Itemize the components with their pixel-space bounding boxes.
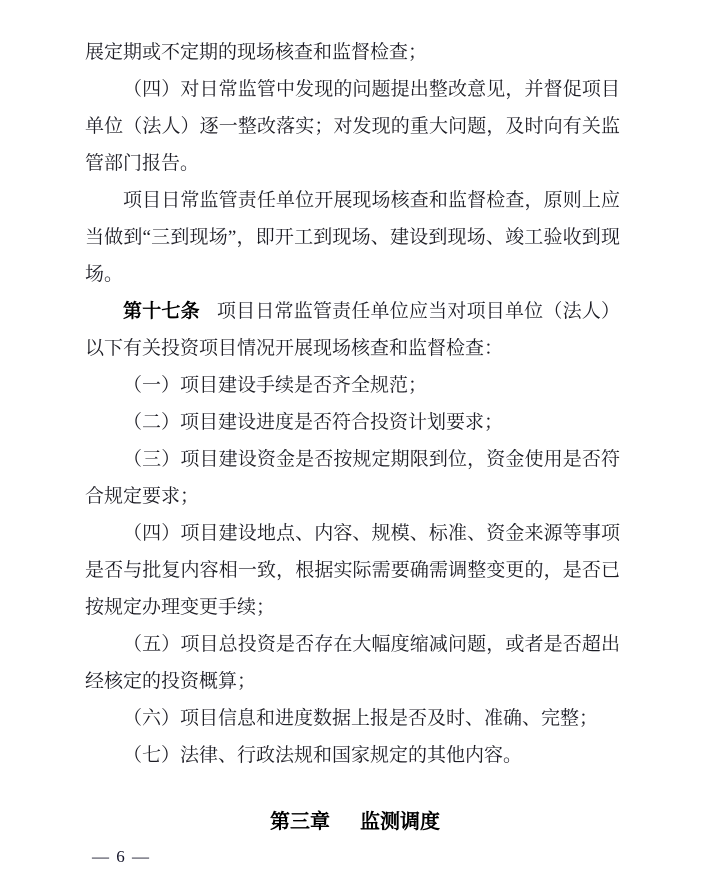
- text-line: （四）项目建设地点、内容、规模、标准、资金来源等事项: [85, 515, 620, 552]
- article-text: 项目日常监管责任单位应当对项目单位（法人）: [217, 301, 620, 322]
- text-line: 单位（法人）逐一整改落实；对发现的重大问题，及时向有关监: [85, 108, 620, 145]
- text-line: （七）法律、行政法规和国家规定的其他内容。: [85, 737, 620, 774]
- text-line: 经核定的投资概算；: [85, 663, 620, 700]
- chapter-title: 监测调度: [360, 811, 440, 833]
- text-line: 第十七条项目日常监管责任单位应当对项目单位（法人）: [85, 293, 620, 330]
- text-line: （一）项目建设手续是否齐全规范；: [85, 367, 620, 404]
- text-line: 场。: [85, 256, 620, 293]
- text-line: （二）项目建设进度是否符合投资计划要求；: [85, 404, 620, 441]
- text-line: 当做到“三到现场”，即开工到现场、建设到现场、竣工验收到现: [85, 219, 620, 256]
- chapter-heading: 第三章监测调度: [0, 804, 710, 841]
- text-line: 项目日常监管责任单位开展现场核查和监督检查，原则上应: [85, 182, 620, 219]
- text-line: （三）项目建设资金是否按规定期限到位，资金使用是否符: [85, 441, 620, 478]
- page-number: — 6 —: [92, 847, 151, 867]
- text-line: （六）项目信息和进度数据上报是否及时、准确、完整；: [85, 700, 620, 737]
- article-number: 第十七条: [123, 301, 200, 322]
- text-line: 是否与批复内容相一致，根据实际需要确需调整变更的，是否已: [85, 552, 620, 589]
- text-line: 按规定办理变更手续；: [85, 589, 620, 626]
- text-line: 管部门报告。: [85, 145, 620, 182]
- text-line: 合规定要求；: [85, 478, 620, 515]
- text-line: （四）对日常监管中发现的问题提出整改意见，并督促项目: [85, 71, 620, 108]
- text-line: 展定期或不定期的现场核查和监督检查；: [85, 34, 620, 71]
- document-page: 展定期或不定期的现场核查和监督检查； （四）对日常监管中发现的问题提出整改意见，…: [0, 0, 710, 886]
- text-line: 以下有关投资项目情况开展现场核查和监督检查：: [85, 330, 620, 367]
- document-body: 展定期或不定期的现场核查和监督检查； （四）对日常监管中发现的问题提出整改意见，…: [85, 34, 620, 774]
- chapter-number: 第三章: [270, 811, 330, 833]
- text-line: （五）项目总投资是否存在大幅度缩减问题，或者是否超出: [85, 626, 620, 663]
